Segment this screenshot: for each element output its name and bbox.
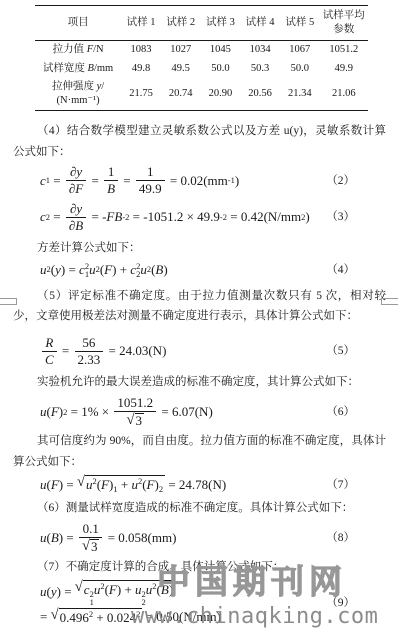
table-cell: 21.75 — [121, 78, 161, 111]
equation-number-6: （6） — [326, 405, 355, 419]
confidence-intro-text: 其可信度约为 90%，而自由度。拉力值方面的标准不确定度，具体计算公式如下： — [0, 431, 398, 472]
column-header-sample4: 试样 4 — [240, 6, 280, 41]
formula-uF: u(F) = √u2(F)1 + u2(F)2 = 24.78(N) — [40, 475, 226, 495]
formula-uB: u(B) = 0.1√3 = 0.058(mm) — [40, 522, 176, 555]
table-cell: 20.56 — [240, 78, 280, 111]
equation-5: RC = 562.33 = 24.03(N) （5） — [0, 336, 398, 368]
column-header-sample2: 试样 2 — [161, 6, 201, 41]
equation-2: c1 = ∂y∂F = 1B = 149.9 = 0.02(mm-1) （2） — [0, 165, 398, 197]
table-cell: 20.90 — [201, 78, 241, 111]
equation-number-2: （2） — [326, 174, 355, 188]
table-cell: 50.3 — [240, 60, 280, 78]
paragraph-4: （4）结合数学模型建立灵敏系数公式以及方差 u(y)，灵敏系数计算公式如下： — [0, 121, 398, 162]
variance-intro-text: 方差计算公式如下： — [0, 238, 398, 258]
table-cell: 1027 — [161, 41, 201, 60]
column-header-item: 项目 — [35, 6, 121, 41]
formula-uy: u(y) = √c21u2(F) + u22u2(B) = √0.4962 + … — [40, 580, 221, 626]
row-label-width: 试样宽度 B/mm — [35, 60, 121, 78]
equation-number-9: （9） — [326, 596, 355, 610]
formula-c1: c1 = ∂y∂F = 1B = 149.9 = 0.02(mm-1) — [40, 165, 239, 197]
table-cell: 21.34 — [280, 78, 320, 111]
paragraph-5: （5）评定标准不确定度。由于拉力值测量次数只有 5 次，相对较少，文章使用极差法… — [0, 286, 398, 327]
equation-number-5: （5） — [326, 344, 355, 358]
scan-edge-mark-right — [381, 298, 398, 305]
column-header-sample5: 试样 5 — [280, 6, 320, 41]
table-cell: 1051.2 — [320, 41, 368, 60]
formula-range-method: RC = 562.33 = 24.03(N) — [40, 336, 166, 368]
equation-9: u(y) = √c21u2(F) + u22u2(B) = √0.4962 + … — [0, 580, 398, 626]
equation-3: c2 = ∂y∂B = -FB-2 = -1051.2 × 49.9-2 = 0… — [0, 202, 398, 234]
equation-8: u(B) = 0.1√3 = 0.058(mm) （8） — [0, 522, 398, 555]
column-header-sample1: 试样 1 — [121, 6, 161, 41]
formula-uy-line1: u(y) = √c21u2(F) + u22u2(B) — [40, 580, 221, 606]
table-row: 拉伸强度 y/(N·mm⁻¹) 21.75 20.74 20.90 20.56 … — [35, 78, 368, 111]
equation-7: u(F) = √u2(F)1 + u2(F)2 = 24.78(N) （7） — [0, 475, 398, 495]
equation-number-8: （8） — [326, 531, 355, 545]
table-row: 拉力值 F/N 1083 1027 1045 1034 1067 1051.2 — [35, 41, 368, 60]
table-cell: 1067 — [280, 41, 320, 60]
column-header-sample3: 试样 3 — [201, 6, 241, 41]
formula-uF2: u(F)2 = 1% × 1051.2√3 = 6.07(N) — [40, 396, 213, 429]
machine-intro-text: 实验机允许的最大误差造成的标准不确定度，其计算公式如下： — [0, 372, 398, 392]
paragraph-7: （7）不确定度计算的合成。具体计算公式如下： — [0, 557, 398, 577]
row-label-strength: 拉伸强度 y/(N·mm⁻¹) — [35, 78, 121, 111]
scan-edge-mark-left — [0, 298, 17, 305]
table-cell: 21.06 — [320, 78, 368, 111]
results-table: 项目 试样 1 试样 2 试样 3 试样 4 试样 5 试样平均参数 拉力值 F… — [35, 5, 368, 111]
equation-4: u2(y) = c21u2(F) + c22u2(B) （4） — [0, 262, 398, 278]
equation-number-4: （4） — [326, 263, 355, 277]
table-row: 试样宽度 B/mm 49.8 49.5 50.0 50.3 50.0 49.9 — [35, 60, 368, 78]
formula-c2: c2 = ∂y∂B = -FB-2 = -1051.2 × 49.9-2 = 0… — [40, 202, 310, 234]
row-label-force: 拉力值 F/N — [35, 41, 121, 60]
equation-6: u(F)2 = 1% × 1051.2√3 = 6.07(N) （6） — [0, 396, 398, 429]
table-cell: 1083 — [121, 41, 161, 60]
table-cell: 49.5 — [161, 60, 201, 78]
table-cell: 49.8 — [121, 60, 161, 78]
column-header-average: 试样平均参数 — [320, 6, 368, 41]
table-cell: 1045 — [201, 41, 241, 60]
table-cell: 20.74 — [161, 78, 201, 111]
table-header-row: 项目 试样 1 试样 2 试样 3 试样 4 试样 5 试样平均参数 — [35, 6, 368, 41]
equation-number-7: （7） — [326, 478, 355, 492]
table-cell: 50.0 — [280, 60, 320, 78]
formula-variance: u2(y) = c21u2(F) + c22u2(B) — [40, 262, 168, 278]
table-cell: 49.9 — [320, 60, 368, 78]
formula-uy-line2: = √0.4962 + 0.0242 = 0.50(N/mm) — [40, 608, 221, 626]
table-cell: 50.0 — [201, 60, 241, 78]
paragraph-6: （6）测量试样宽度造成的标准不确定度。具体计算公式如下： — [0, 498, 398, 518]
document-page: 项目 试样 1 试样 2 试样 3 试样 4 试样 5 试样平均参数 拉力值 F… — [0, 5, 398, 633]
table-cell: 1034 — [240, 41, 280, 60]
equation-number-3: （3） — [326, 210, 355, 224]
